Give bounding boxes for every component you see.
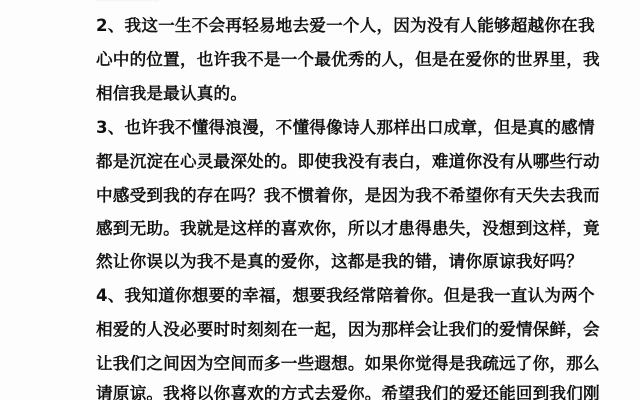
paragraph-2-line-1: 2、我这一生不会再轻易地去爱一个人，因为没有人能够超越你在我 (96, 16, 546, 36)
cut-off-text-line: ………………… (96, 0, 206, 3)
paragraph-4-line-3: 让我们之间因为空间而多一些遐想。如果你觉得是我疏远了你，那么 (96, 354, 546, 374)
paragraph-2-line-3: 相信我是最认真的。 (96, 84, 546, 104)
document-page: ………………… 2、我这一生不会再轻易地去爱一个人，因为没有人能够超越你在我 心… (0, 0, 640, 400)
paragraph-4-line-4: 请原谅。我将以你喜欢的方式去爱你。希望我们的爱还能回到我们刚 (96, 384, 546, 400)
paragraph-3-line-1: 3、也许我不懂得浪漫，不懂得像诗人那样出口成章，但是真的感情 (96, 118, 546, 138)
paragraph-3-line-2: 都是沉淀在心灵最深处的。即使我没有表白，难道你没有从哪些行动 (96, 152, 546, 172)
paragraph-2-line-2: 心中的位置，也许我不是一个最优秀的人，但是在爱你的世界里，我 (96, 50, 546, 70)
paragraph-3-line-3: 中感受到我的存在吗？我不惯着你，是因为我不希望你有天失去我而 (96, 186, 546, 206)
paragraph-4-line-2: 相爱的人没必要时时刻刻在一起，因为那样会让我们的爱情保鲜，会 (96, 320, 546, 340)
paragraph-4-line-1: 4、我知道你想要的幸福，想要我经常陪着你。但是我一直认为两个 (96, 286, 546, 306)
paragraph-3-line-5: 然让你误以为我不是真的爱你，这都是我的错，请你原谅我好吗？ (96, 252, 546, 272)
paragraph-3-line-4: 感到无助。我就是这样的喜欢你，所以才患得患失，没想到这样，竟 (96, 219, 546, 239)
